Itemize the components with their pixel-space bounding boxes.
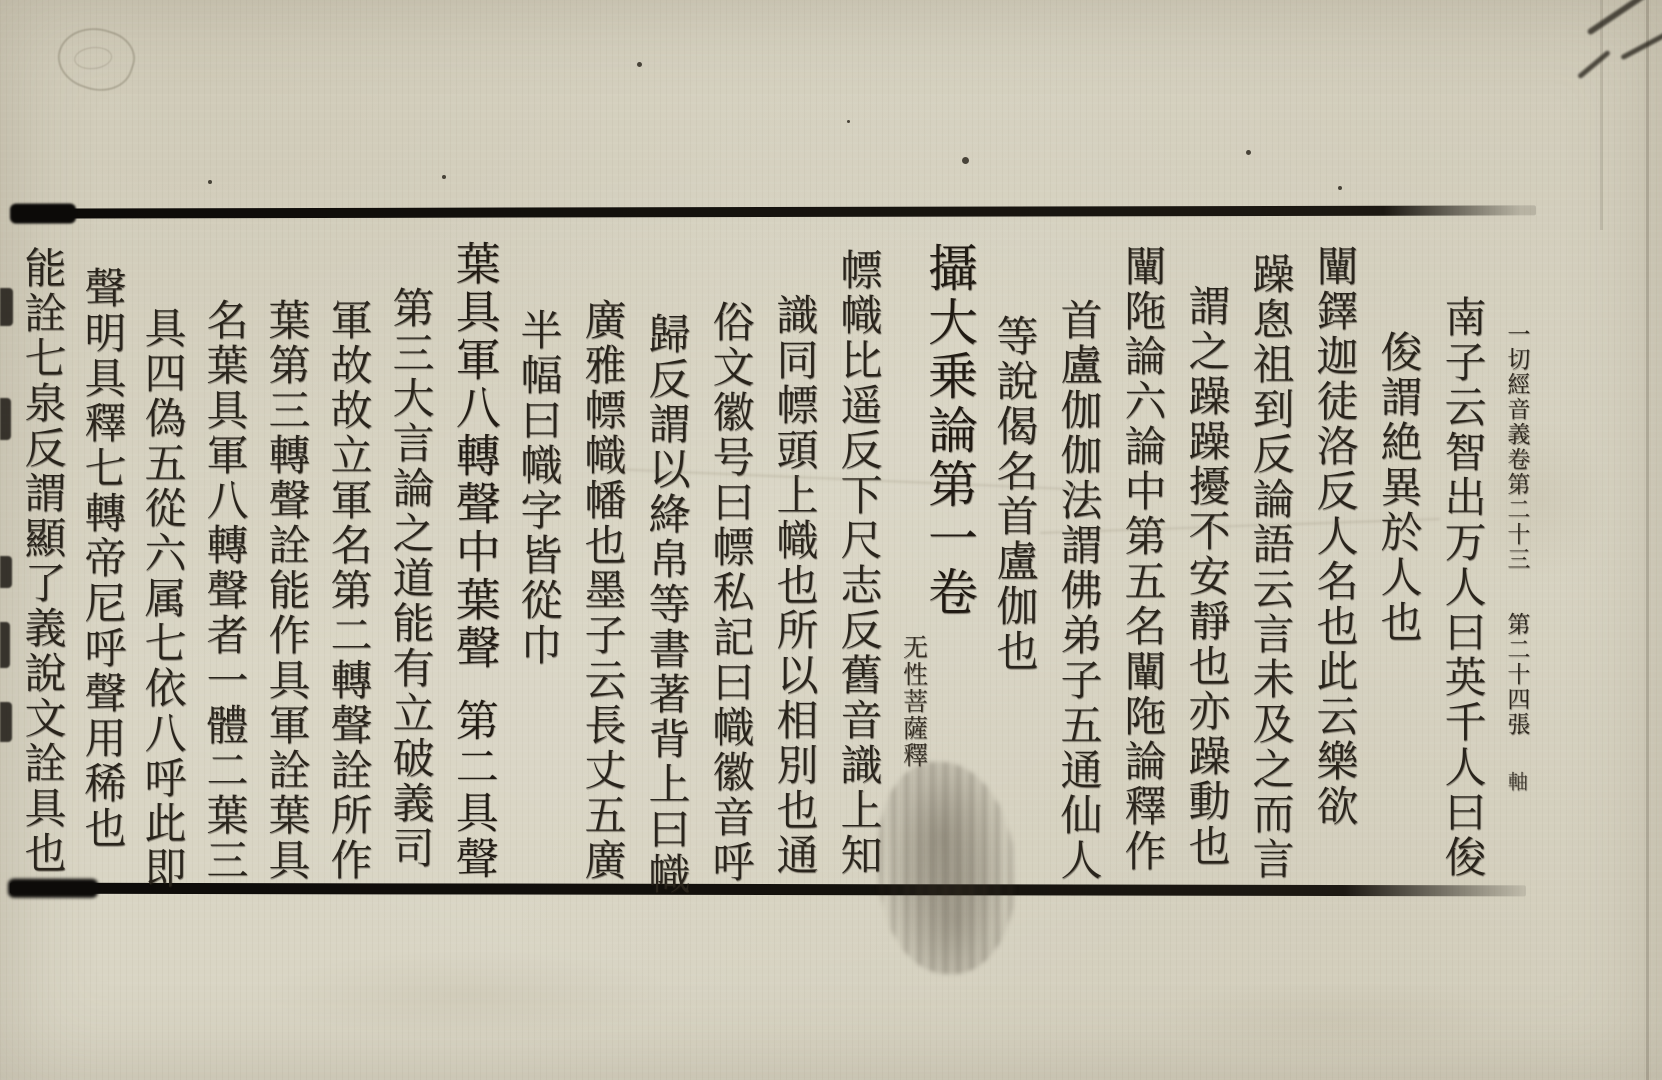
text-column-1: 南子云智出万人曰英千人曰俊 — [1440, 295, 1485, 880]
text-column-11: 俗文徽号曰幖私記曰幟徽音呼 — [708, 300, 753, 885]
ink-speck — [847, 120, 850, 123]
text-column-9: 幖幟比遥反下尺志反舊音識上知 — [836, 248, 881, 878]
text-column-21: 能詮七泉反謂顯了義說文詮具也 — [20, 246, 65, 876]
torn-edge-mark — [1620, 29, 1662, 61]
text-column-10: 識同幖頭上幟也所以相別也通 — [772, 293, 817, 878]
ink-speck — [442, 175, 446, 179]
text-column-15: 第三大言論之道能有立破義司 — [388, 286, 433, 871]
text-column-5: 謂之躁躁擾不安靜也亦躁動也 — [1184, 284, 1229, 869]
entry-heading-main: 葉具軍八轉聲中葉聲 — [448, 240, 501, 672]
text-column-6: 闡陁論六論中第五名闡陁論釋作 — [1120, 244, 1165, 874]
translator-note-column: 无性菩薩釋 — [900, 634, 927, 769]
left-edge-fragment — [0, 556, 12, 588]
left-edge-fragment — [0, 288, 13, 326]
scroll-mark: 軸 — [1504, 771, 1528, 793]
paper-stain — [1470, 420, 1610, 580]
ink-speck — [1246, 150, 1251, 155]
text-column-17: 葉第三轉聲詮能作具軍詮葉具 — [264, 298, 309, 883]
text-column-20: 聲明具釋七轉帝尼呼聲用稀也 — [80, 266, 125, 851]
bottom-border-rule — [10, 883, 1526, 897]
paper-stain — [1150, 980, 1510, 1060]
paper-crease — [1600, 0, 1603, 230]
text-column-12: 歸反謂以絳帛等書著背上曰幟 — [644, 312, 689, 897]
left-edge-fragment — [0, 398, 11, 440]
ink-speck — [1338, 186, 1342, 190]
left-edge-fragment — [0, 622, 10, 668]
pencil-scribble — [50, 18, 141, 100]
text-column-8: 等說偈名首盧伽也 — [992, 314, 1037, 674]
text-column-2: 俊謂絶異於人也 — [1376, 330, 1421, 645]
ink-speck — [637, 62, 642, 67]
text-column-13: 廣雅幖幟幡也墨子云長丈五廣 — [580, 298, 625, 883]
ink-speck — [962, 157, 969, 164]
paper-stain — [260, 950, 680, 1040]
text-column-7: 首盧伽伽法謂佛弟子五通仙人 — [1056, 298, 1101, 883]
text-column-14: 半幅曰幟字皆從巾 — [516, 308, 561, 668]
text-column-19: 具四偽五從六属七依八呼此即 — [140, 306, 185, 891]
torn-edge-mark — [1577, 50, 1611, 80]
manuscript-page: 一切經音義卷第二十三第二十四張軸 南子云智出万人曰英千人曰俊 俊謂絶異於人也 闡… — [0, 0, 1662, 1080]
torn-edge-mark — [1586, 0, 1649, 36]
sheet-number: 第二十四張 — [1503, 612, 1529, 737]
text-column-18: 名葉具軍八轉聲者一體二葉三 — [202, 298, 247, 883]
ink-speck — [208, 180, 212, 184]
top-border-rule — [14, 205, 1536, 218]
ink-smudge — [878, 762, 1016, 974]
text-column-4: 躁悤祖到反論語云言未及之而言 — [1248, 252, 1293, 882]
section-heading-column: 攝大乗論第一卷 — [922, 242, 975, 620]
paper-crease — [1646, 0, 1649, 1080]
text-column-16: 軍故故立軍名第二轉聲詮所作 — [326, 298, 371, 883]
left-edge-fragment — [0, 702, 12, 742]
entry-heading-column: 葉具軍八轉聲中葉聲第二具聲 — [450, 240, 498, 882]
entry-heading-sub: 第二具聲 — [449, 698, 499, 882]
text-column-3: 闡鐸迦徒洛反人名也此云樂欲 — [1312, 244, 1357, 829]
